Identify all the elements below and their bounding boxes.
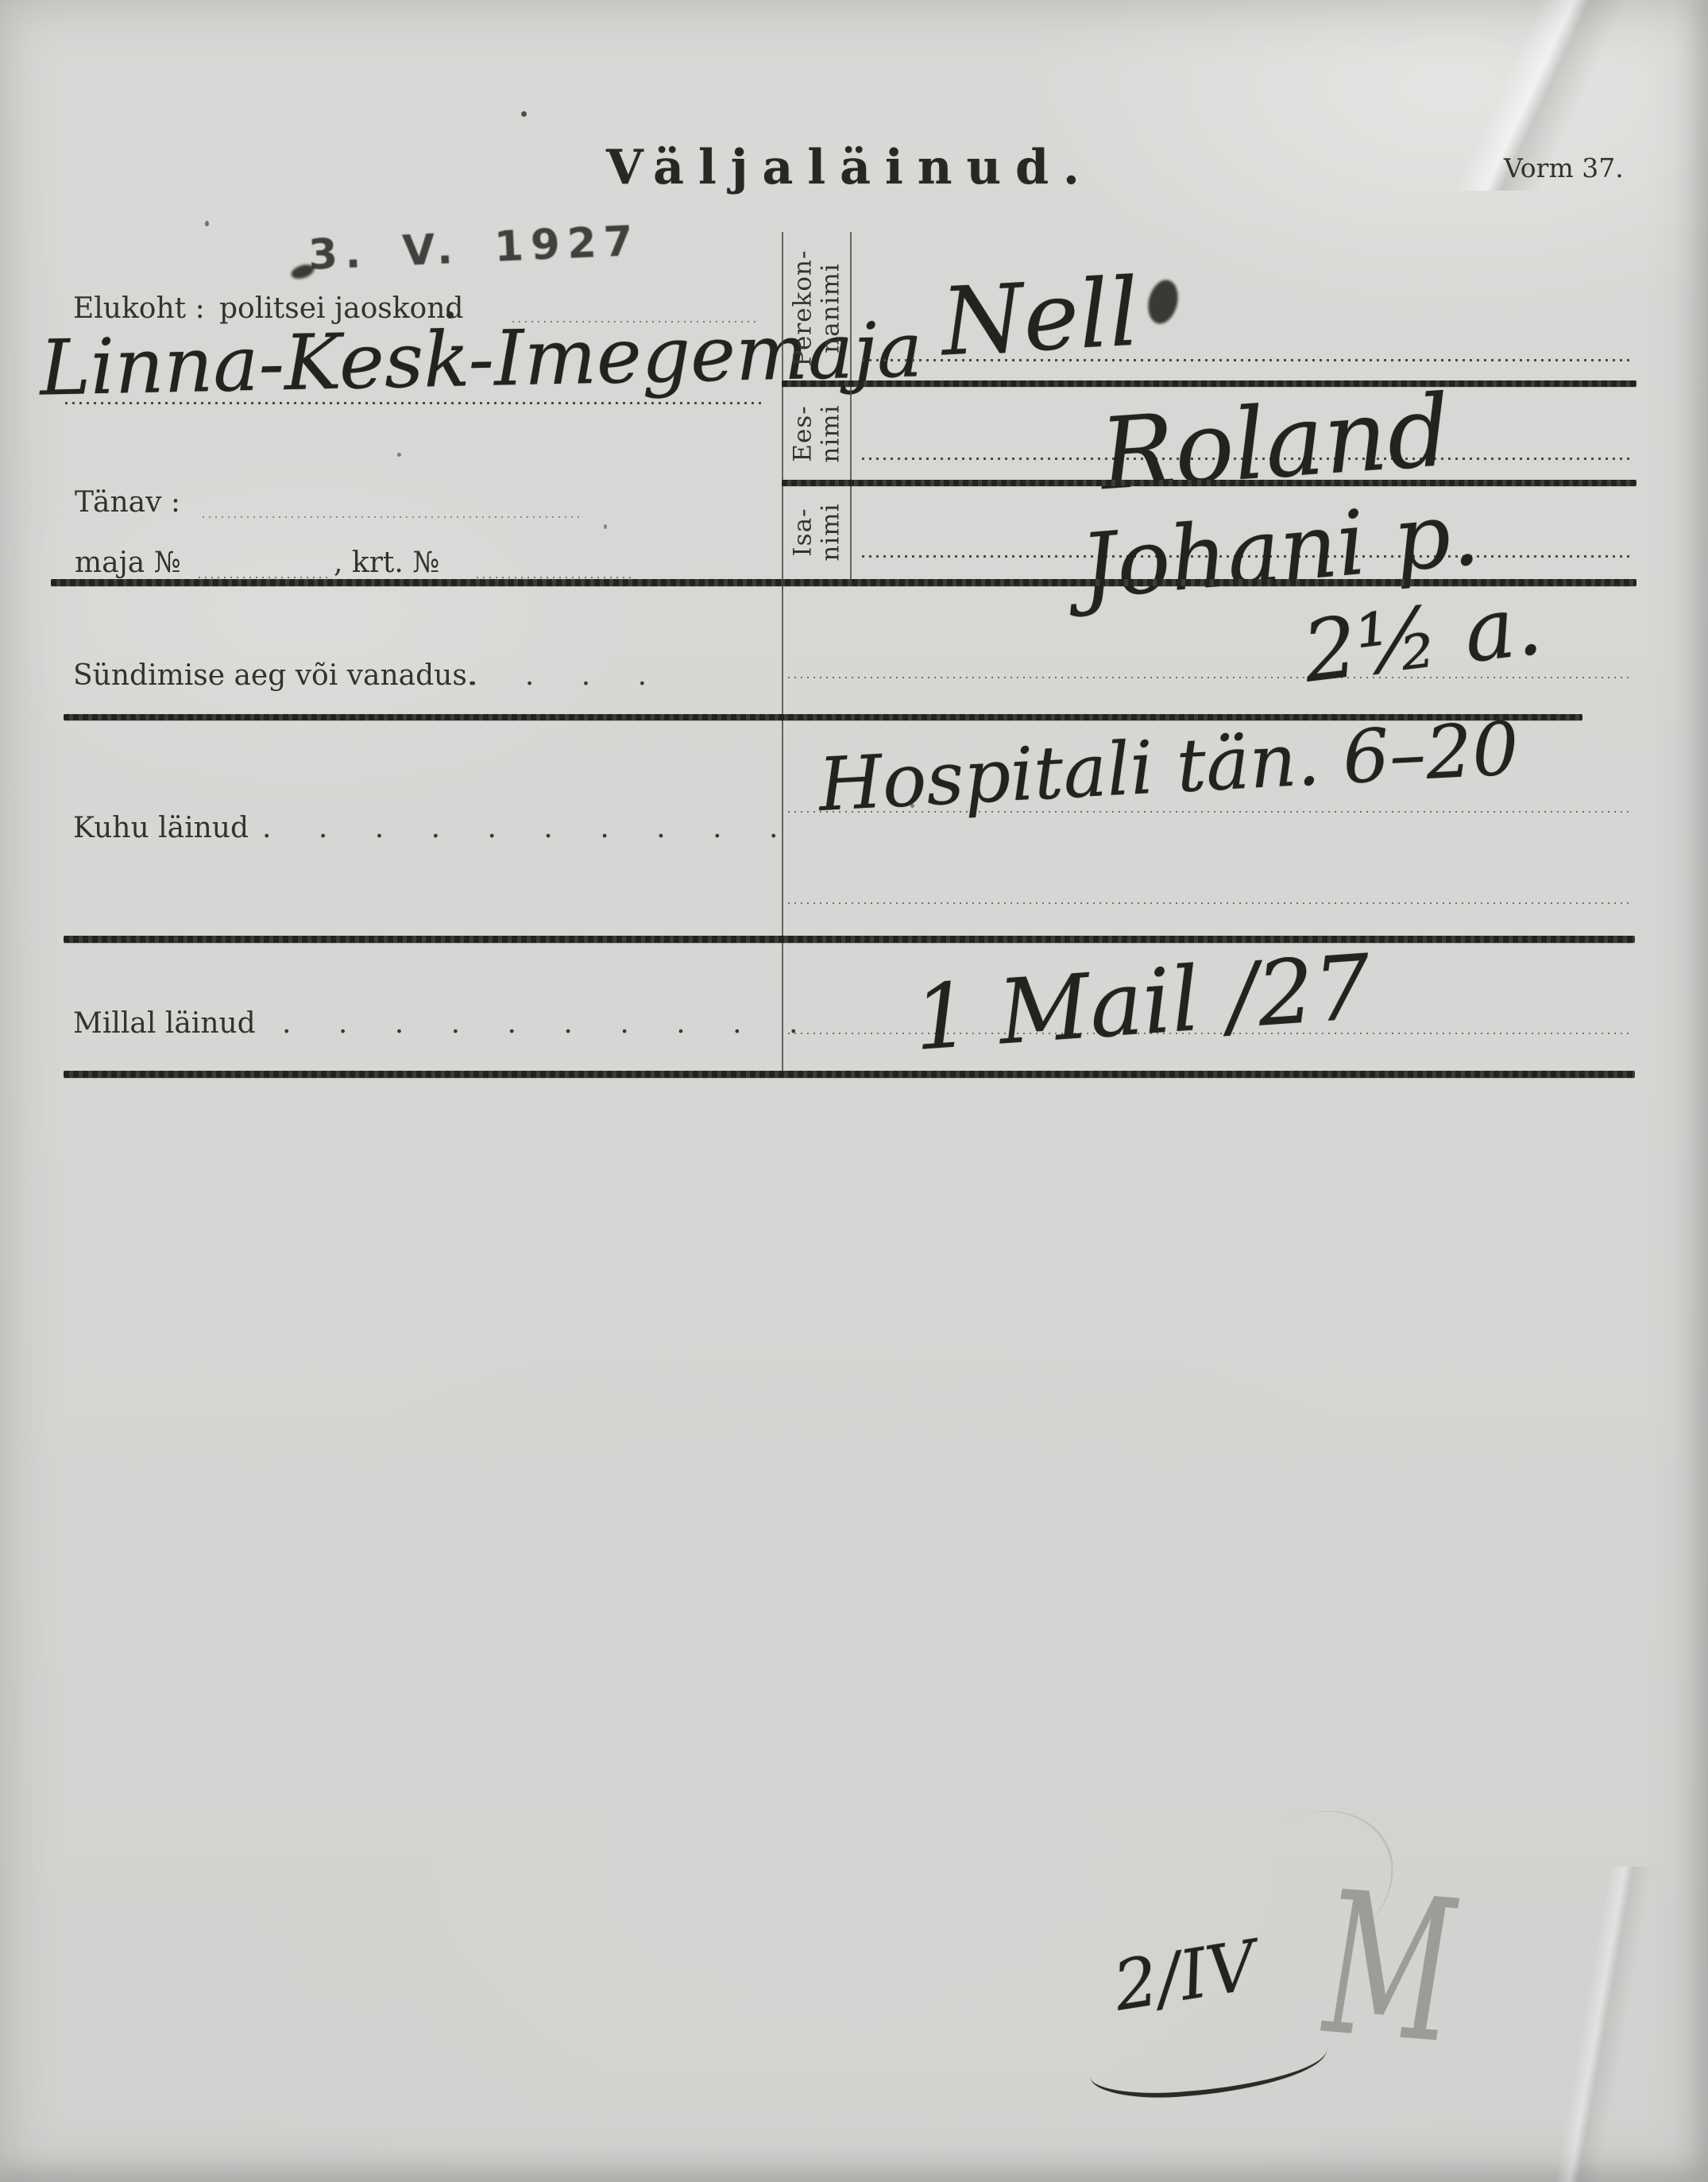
page-title: Väljaläinud. — [508, 140, 1192, 195]
birth-label: Sündimise aeg või vanadus. — [73, 659, 476, 692]
form-number-label: Vorm 37. — [1504, 153, 1624, 183]
ink-smudge — [1144, 276, 1182, 326]
where-label: Kuhu läinud — [73, 812, 249, 844]
apartment-number-label: , krt. № — [334, 546, 439, 579]
firstname-label-line1: Ees- — [789, 404, 817, 462]
where-dots: . . . . . . . . . . — [262, 812, 797, 844]
ink-speck — [604, 524, 607, 529]
dotted-line-house — [199, 577, 330, 578]
paper-crease — [1478, 1867, 1708, 2182]
ink-speck — [397, 453, 401, 457]
fathers-name-label: Isa- nimi — [789, 503, 844, 561]
pencil-mark: M — [1320, 1848, 1458, 2088]
surname-label-line2: nanimi — [817, 250, 844, 367]
when-dots: . . . . . . . . . . — [282, 1007, 817, 1040]
fathers-name-label-line1: Isa- — [789, 503, 817, 561]
column-divider-line — [782, 232, 783, 1072]
section-rule — [782, 380, 1637, 387]
ink-speck — [910, 804, 914, 808]
ink-note-flourish — [1089, 2045, 1330, 2103]
when-value-handwritten: 1 Mail /27 — [910, 936, 1374, 1071]
firstname-label-line2: nimi — [817, 404, 844, 462]
date-stamp: 3. V. 1927 — [307, 217, 641, 280]
house-number-label: maja № — [75, 546, 181, 579]
surname-label-line1: Perekon- — [789, 250, 817, 367]
ink-speck — [205, 221, 209, 226]
section-rule — [51, 579, 1637, 586]
scanned-form-page: Väljaläinud. Vorm 37. 3. V. 1927 Elukoht… — [0, 0, 1708, 2182]
birth-dots: . . . . — [469, 659, 666, 692]
where-value-handwritten: Hospitali tän. 6–20 — [817, 706, 1521, 828]
ink-speck — [521, 111, 527, 117]
dotted-line-street — [203, 516, 584, 518]
column-divider-line — [850, 232, 852, 581]
section-rule — [64, 1071, 1635, 1078]
dotted-line-where-2 — [788, 902, 1633, 904]
ink-note-handwritten: 2/IV — [1108, 1926, 1262, 2027]
section-rule — [782, 480, 1637, 486]
section-rule — [64, 936, 1635, 943]
dotted-line-residence-under — [65, 402, 764, 404]
firstname-label: Ees- nimi — [789, 404, 844, 462]
surname-value-handwritten: Nell — [939, 257, 1142, 377]
street-label: Tänav : — [75, 486, 180, 519]
dotted-line-apartment — [477, 577, 636, 578]
fathers-name-label-line2: nimi — [817, 503, 844, 561]
when-label: Millal läinud — [73, 1007, 256, 1040]
surname-label: Perekon- nanimi — [789, 250, 844, 367]
